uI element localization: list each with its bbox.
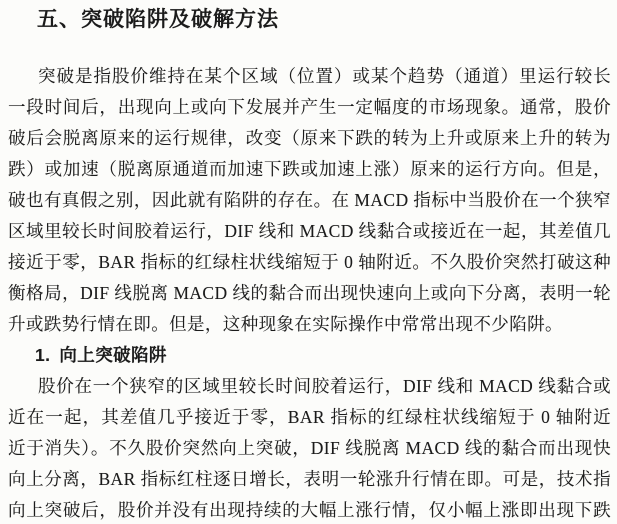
text-line: 跌）或加速（脱离原通道而加速下跌或加速上涨）原来的运行方向。但是，突	[8, 154, 611, 185]
text-line: 向上分离，BAR 指标红柱逐日增长，表明一轮涨升行情在即。可是，技术指标	[8, 464, 611, 495]
intro-paragraph: 突破是指股价维持在某个区域（位置）或某个趋势（通道）里运行较长一段时间后，出现向…	[8, 61, 611, 340]
text-line: 破后会脱离原来的运行规律，改变（原来下跌的转为上升或原来上升的转为下	[8, 123, 611, 154]
text-line: 破也有真假之别，因此就有陷阱的存在。在 MACD 指标中当股价在一个狭窄的	[8, 185, 611, 216]
section-heading-label: 向上突破陷阱	[59, 345, 166, 365]
document-page: 五、突破陷阱及破解方法 突破是指股价维持在某个区域（位置）或某个趋势（通道）里运…	[0, 6, 617, 524]
text-line: 向上突破后，股价并没有出现持续的大幅上涨行情，仅小幅上涨即出现下跌走	[8, 495, 611, 524]
page-title: 五、突破陷阱及破解方法	[37, 6, 617, 32]
text-line: 升或跌势行情在即。但是，这种现象在实际操作中常常出现不少陷阱。	[8, 309, 611, 340]
section-heading: 1.向上突破陷阱	[35, 340, 611, 371]
text-line: 衡格局，DIF 线脱离 MACD 线的黏合而出现快速向上或向下分离，表明一轮涨	[8, 278, 611, 309]
section-number: 1.	[35, 345, 50, 365]
text-line: 近于消失）。不久股价突然向上突破，DIF 线脱离 MACD 线的黏合而出现快速	[8, 433, 611, 464]
text-line: 一段时间后，出现向上或向下发展并产生一定幅度的市场现象。通常，股价突	[8, 92, 611, 123]
text-line: 接近于零，BAR 指标的红绿柱状线缩短于 0 轴附近。不久股价突然打破这种平	[8, 247, 611, 278]
text-column: 突破是指股价维持在某个区域（位置）或某个趋势（通道）里运行较长一段时间后，出现向…	[8, 61, 611, 524]
text-line: 股价在一个狭窄的区域里较长时间胶着运行，DIF 线和 MACD 线黏合或接	[8, 371, 611, 402]
section1-paragraph: 股价在一个狭窄的区域里较长时间胶着运行，DIF 线和 MACD 线黏合或接近在一…	[8, 371, 611, 524]
text-line: 区域里较长时间胶着运行，DIF 线和 MACD 线黏合或接近在一起，其差值几乎	[8, 216, 611, 247]
text-line: 突破是指股价维持在某个区域（位置）或某个趋势（通道）里运行较长	[8, 61, 611, 92]
text-line: 近在一起，其差值几乎接近于零，BAR 指标的红绿柱状线缩短于 0 轴附近（接	[8, 402, 611, 433]
